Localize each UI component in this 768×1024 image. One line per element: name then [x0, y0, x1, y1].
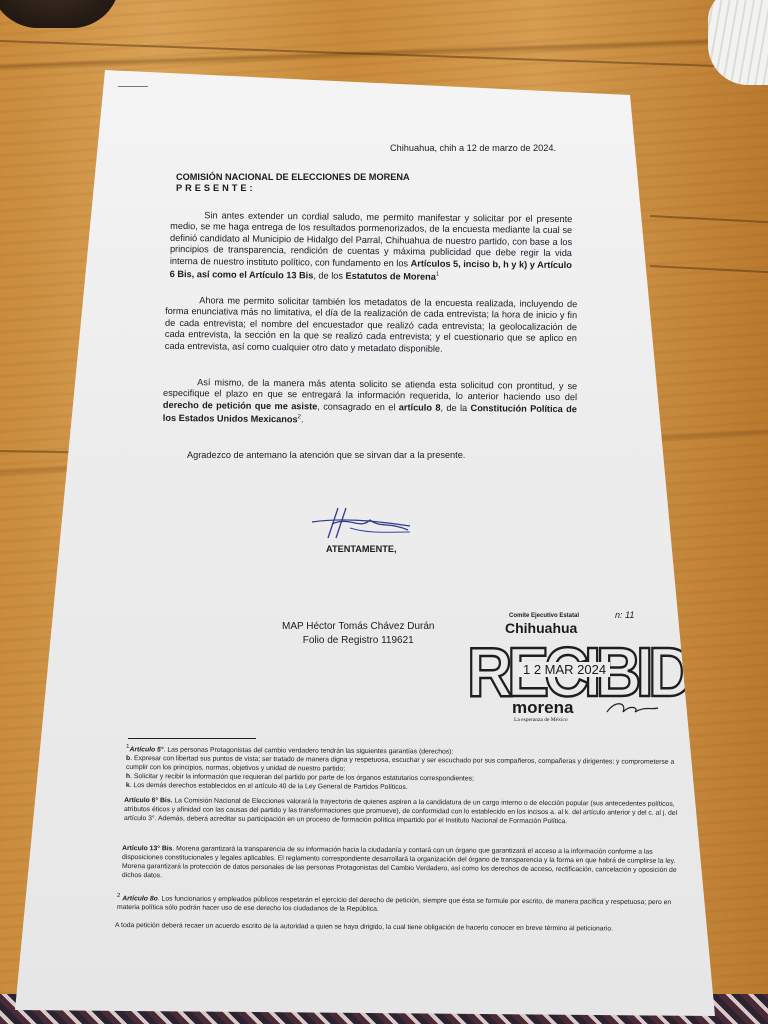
p3-right: derecho de petición que me asiste	[163, 400, 317, 412]
stamp-committee: Comite Ejecutivo Estatal	[509, 613, 579, 619]
footnote-article-13-bis: Artículo 13° Bis. Morena garantizará la …	[122, 845, 692, 885]
closing: ATENTAMENTE,	[326, 544, 397, 555]
fn1-item-text: . Expresar con libertad sus puntos de vi…	[126, 755, 674, 772]
received-stamp: Comite Ejecutivo Estatal Chihuahua RECIB…	[467, 610, 687, 735]
fn2-text: La Comisión Nacional de Elecciones valor…	[124, 797, 677, 825]
signer-name: MAP Héctor Tomás Chávez Durán	[282, 620, 434, 634]
fn1-title: Artículo 5°	[129, 746, 163, 753]
p2-text: Ahora me permito solicitar también los m…	[165, 295, 578, 353]
p3-g: .	[301, 415, 304, 425]
p3-c: , consagrado en el	[317, 401, 399, 412]
stamp-date: 1 2 MAR 2024	[519, 662, 610, 677]
p1-mid: , de los	[313, 270, 345, 280]
stamp-party: morena	[512, 698, 573, 718]
signer-folio: Folio de Registro 119621	[282, 634, 434, 648]
fn4-title: Artículo 8o	[122, 895, 158, 902]
p3-e: , de la	[440, 403, 470, 413]
paragraph-metadata: Ahora me permito solicitar también los m…	[165, 295, 578, 356]
p3-article: artículo 8	[399, 402, 441, 412]
signer-block: MAP Héctor Tomás Chávez Durán Folio de R…	[282, 620, 434, 648]
footnote-2: 2 Artículo 8o. Los funcionarios y emplea…	[117, 892, 687, 917]
stamp-slogan: La esperanza de México	[514, 717, 568, 723]
place-date: Chihuahua, chih a 12 de marzo de 2024.	[390, 143, 556, 154]
footnote-article-6-bis: Artículo 6° Bis. La Comisión Nacional de…	[124, 797, 694, 828]
paragraph-petition: Así mismo, de la manera más atenta solic…	[163, 377, 577, 429]
staple-mark	[118, 86, 148, 87]
footnote-petition-agreement: A toda petición deberá recaer un acuerdo…	[115, 922, 685, 935]
fn3-text: . Morena garantizará la transparencia de…	[122, 845, 677, 879]
stamp-initials-icon	[605, 698, 660, 718]
addressee-name: COMISIÓN NACIONAL DE ELECCIONES DE MOREN…	[176, 172, 410, 183]
p3-a: Así mismo, de la manera más atenta solic…	[163, 377, 577, 402]
presente-label: PRESENTE:	[176, 183, 410, 194]
fn2-title: Artículo 6° Bis.	[124, 797, 172, 804]
footnote-rule	[128, 738, 256, 739]
footnote-1: 1Artículo 5°. Las personas Protagonistas…	[126, 743, 696, 795]
paragraph-request: Sin antes extender un cordial saludo, me…	[170, 210, 573, 285]
paragraph-thanks: Agradezco de antemano la atención que se…	[187, 450, 465, 461]
fn3-title: Artículo 13° Bis	[122, 845, 172, 852]
footnote-ref-1: 1	[436, 272, 439, 278]
p1-statutes: Estatutos de Morena	[345, 271, 435, 282]
signature-icon	[310, 504, 420, 540]
fn4-text: . Los funcionarios y empleados públicos …	[117, 896, 671, 913]
fn4-sup: 2	[117, 893, 120, 899]
fn1-item-text: . Solicitar y recibir la información que…	[130, 773, 474, 782]
fn1-item-text: . Los demás derechos establecidos en el …	[130, 782, 408, 791]
addressee: COMISIÓN NACIONAL DE ELECCIONES DE MOREN…	[176, 172, 410, 194]
stamp-handwritten-number: n: 11	[615, 610, 634, 620]
fn1-intro: . Las personas Protagonistas del cambio …	[164, 747, 454, 756]
